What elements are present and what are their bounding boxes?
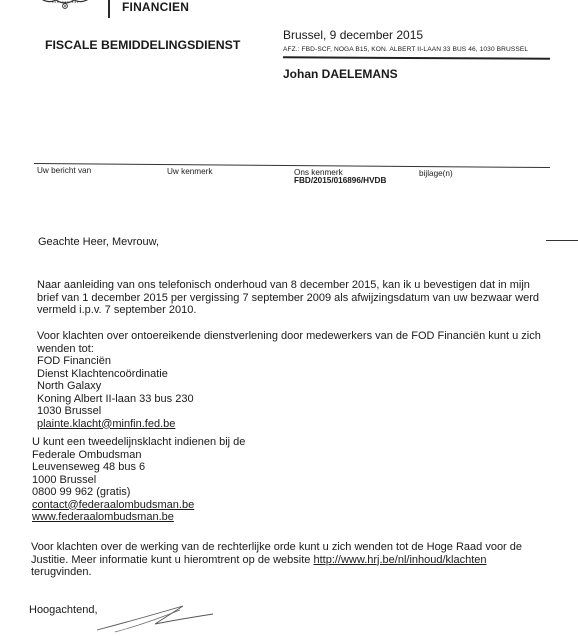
- paragraph-line: U kunt een tweedelijnsklacht indienen bi…: [32, 436, 245, 449]
- attachments-label: bijlage(n): [419, 169, 453, 178]
- fold-mark: [546, 240, 578, 241]
- paragraph-ombudsman: U kunt een tweedelijnsklacht indienen bi…: [32, 436, 245, 524]
- paragraph-line: Justitie. Meer informatie kunt u hieromt…: [31, 554, 313, 566]
- address-line: 1000 Brussel: [32, 474, 245, 487]
- closing: Hoogachtend,: [29, 604, 98, 617]
- address-line: Leuvenseweg 48 bus 6: [32, 461, 245, 474]
- paragraph-line: wenden tot:: [37, 343, 541, 356]
- paragraph-judiciary: Voor klachten over de werking van de rec…: [31, 541, 522, 579]
- place-date: Brussel, 9 december 2015: [283, 28, 423, 42]
- paragraph-correction: Naar aanleiding van ons telefonisch onde…: [37, 279, 539, 317]
- paragraph-complaints-fod: Voor klachten over ontoereikende dienstv…: [37, 330, 541, 430]
- paragraph-line: terugvinden.: [31, 566, 522, 579]
- handwritten-signature-icon: [95, 600, 225, 636]
- paragraph-line: Voor klachten over ontoereikende dienstv…: [37, 330, 541, 343]
- hrj-website-link[interactable]: http://www.hrj.be/nl/inhoud/klachten: [313, 554, 486, 566]
- ombudsman-website-link[interactable]: www.federaalombudsman.be: [32, 511, 174, 523]
- salutation: Geachte Heer, Mevrouw,: [38, 236, 159, 249]
- phone-line: 0800 99 962 (gratis): [32, 486, 245, 499]
- header-divider: [108, 0, 110, 18]
- paragraph-line: brief van 1 december 2015 per vergissing…: [37, 292, 539, 305]
- complaint-email-link[interactable]: plainte.klacht@minfin.fed.be: [37, 418, 175, 430]
- your-reference-label: Uw kenmerk: [167, 167, 213, 176]
- paragraph-line: vermeld i.p.v. 7 september 2010.: [37, 304, 539, 317]
- paragraph-line: Naar aanleiding van ons telefonisch onde…: [37, 279, 539, 292]
- belgian-coat-of-arms-icon: [38, 0, 92, 10]
- our-reference-value: FBD/2015/016896/HVDB: [294, 176, 386, 185]
- address-line: Federale Ombudsman: [32, 449, 245, 462]
- address-line: Koning Albert II-laan 33 bus 230: [37, 393, 541, 406]
- paragraph-line: Voor klachten over de werking van de rec…: [31, 541, 522, 554]
- address-line: North Galaxy: [37, 380, 541, 393]
- ombudsman-email-link[interactable]: contact@federaalombudsman.be: [32, 499, 194, 511]
- address-divider: [283, 56, 550, 59]
- address-line: Dienst Klachtencoördinatie: [37, 368, 541, 381]
- recipient-name: Johan DAELEMANS: [283, 67, 398, 81]
- reference-divider: [34, 163, 550, 168]
- your-message-label: Uw bericht van: [37, 166, 91, 175]
- sender-address: AFZ.: FBD-SCF, NOGA B15, KON. ALBERT II-…: [283, 46, 528, 53]
- address-line: 1030 Brussel: [37, 405, 541, 418]
- service-name: FISCALE BEMIDDELINGSDIENST: [45, 38, 240, 52]
- department-name: FINANCIEN: [122, 0, 189, 14]
- address-line: FOD Financiën: [37, 355, 541, 368]
